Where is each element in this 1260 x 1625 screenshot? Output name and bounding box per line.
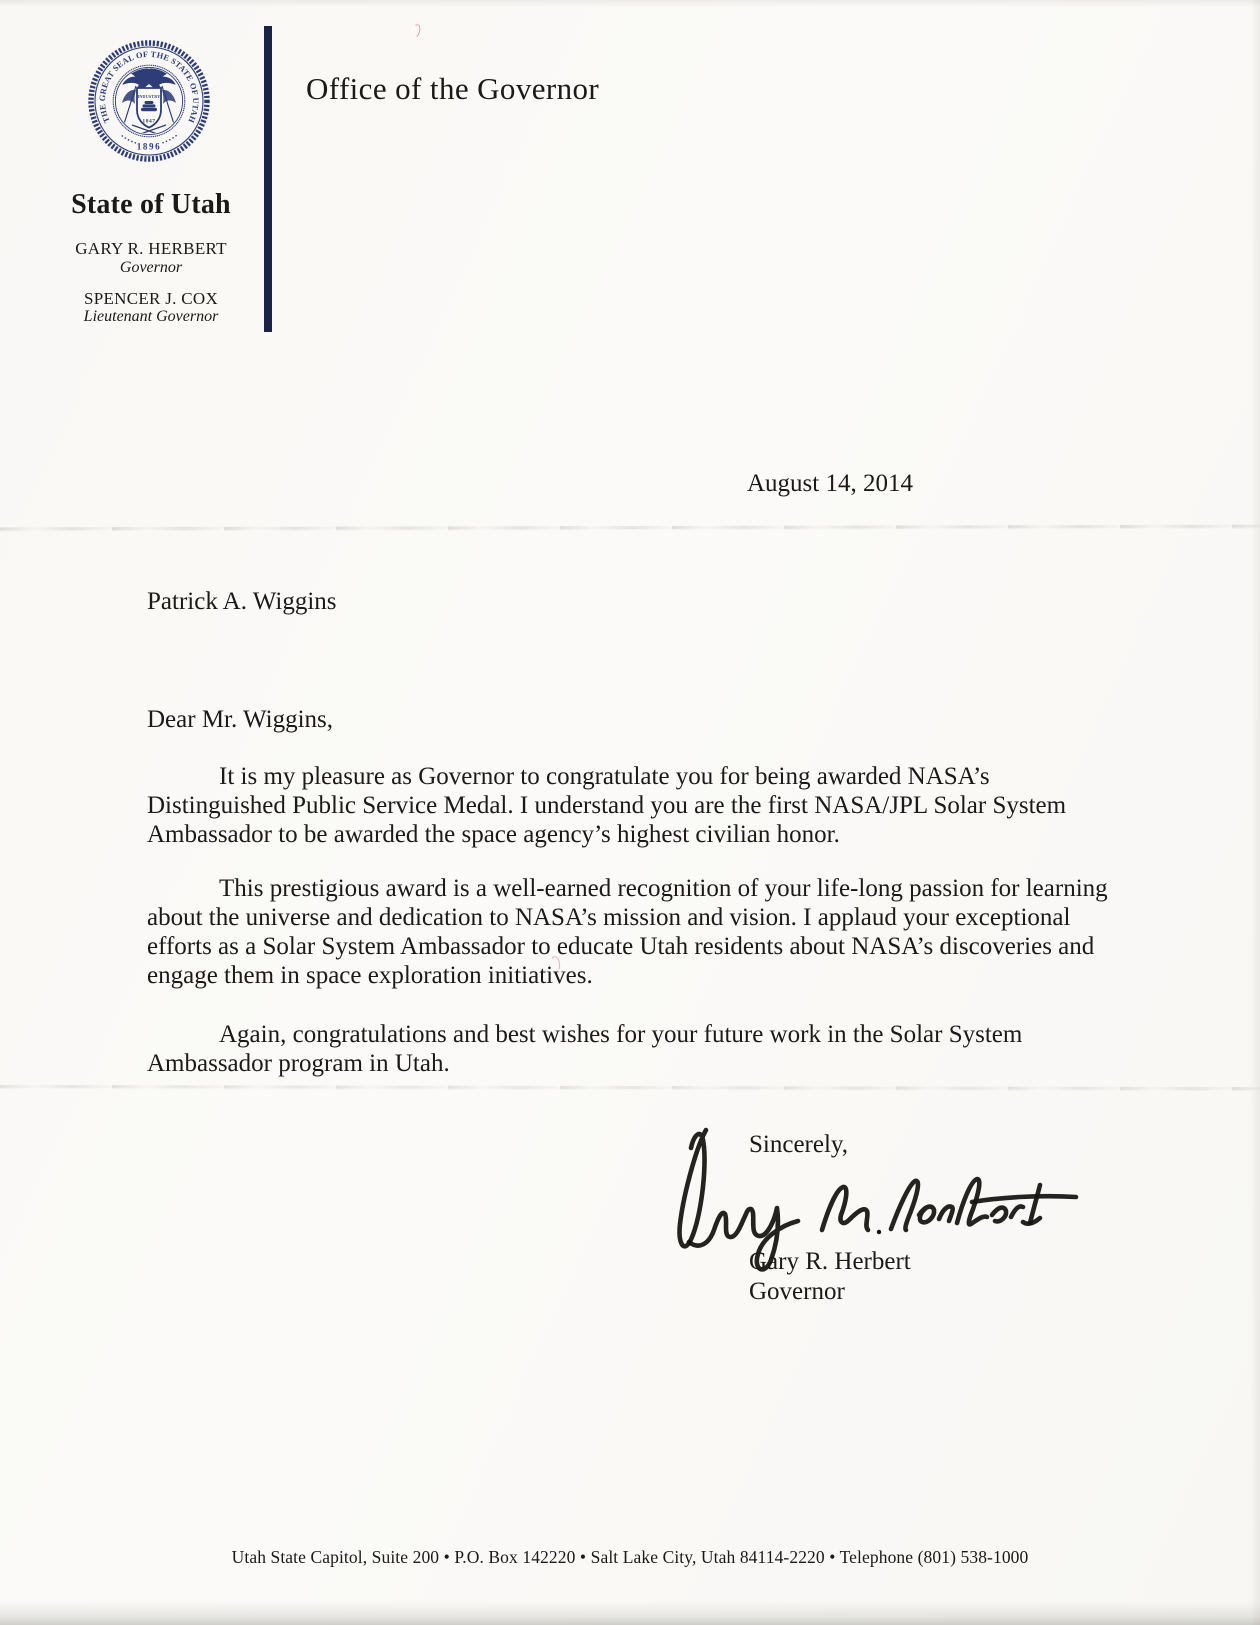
paper-edge-shading-bottom [0, 1601, 1260, 1625]
office-title: Office of the Governor [306, 72, 599, 106]
utah-state-seal: THE GREAT SEAL OF THE STATE OF UTAH 1896… [86, 38, 212, 164]
lt-governor-title: Lieutenant Governor [51, 308, 251, 326]
paper-edge-shading-top [0, 0, 1260, 7]
flag-icon [122, 90, 136, 104]
letter-date: August 14, 2014 [747, 470, 913, 498]
flag-icon [162, 90, 176, 104]
state-name-title: State of Utah [51, 190, 251, 221]
lt-governor-name: SPENCER J. COX [51, 290, 251, 309]
fold-crease-upper [0, 525, 1260, 532]
salutation: Dear Mr. Wiggins, [147, 706, 333, 734]
seal-year-1847: 1847 [142, 119, 155, 125]
footer-address: Utah State Capitol, Suite 200 • P.O. Box… [0, 1548, 1260, 1567]
signature-typed-title: Governor [749, 1278, 845, 1306]
scan-artifact [410, 23, 422, 39]
body-paragraph-1: It is my pleasure as Governor to congrat… [147, 762, 1137, 849]
body-paragraph-2: This prestigious award is a well-earned … [147, 874, 1137, 990]
letterhead-divider-line [264, 26, 272, 332]
governor-title: Governor [51, 259, 251, 277]
recipient-name: Patrick A. Wiggins [147, 588, 337, 616]
scanned-letter-page: THE GREAT SEAL OF THE STATE OF UTAH 1896… [0, 0, 1260, 1625]
seal-industry-banner: INDUSTRY [138, 94, 161, 99]
paper-edge-shading-right [1250, 0, 1260, 1625]
seal-year-1896: 1896 [137, 142, 161, 152]
fold-crease-lower [0, 1085, 1260, 1091]
body-paragraph-3: Again, congratulations and best wishes f… [147, 1020, 1137, 1078]
signature-typed-name: Gary R. Herbert [749, 1248, 911, 1276]
governor-name: GARY R. HERBERT [51, 240, 251, 259]
